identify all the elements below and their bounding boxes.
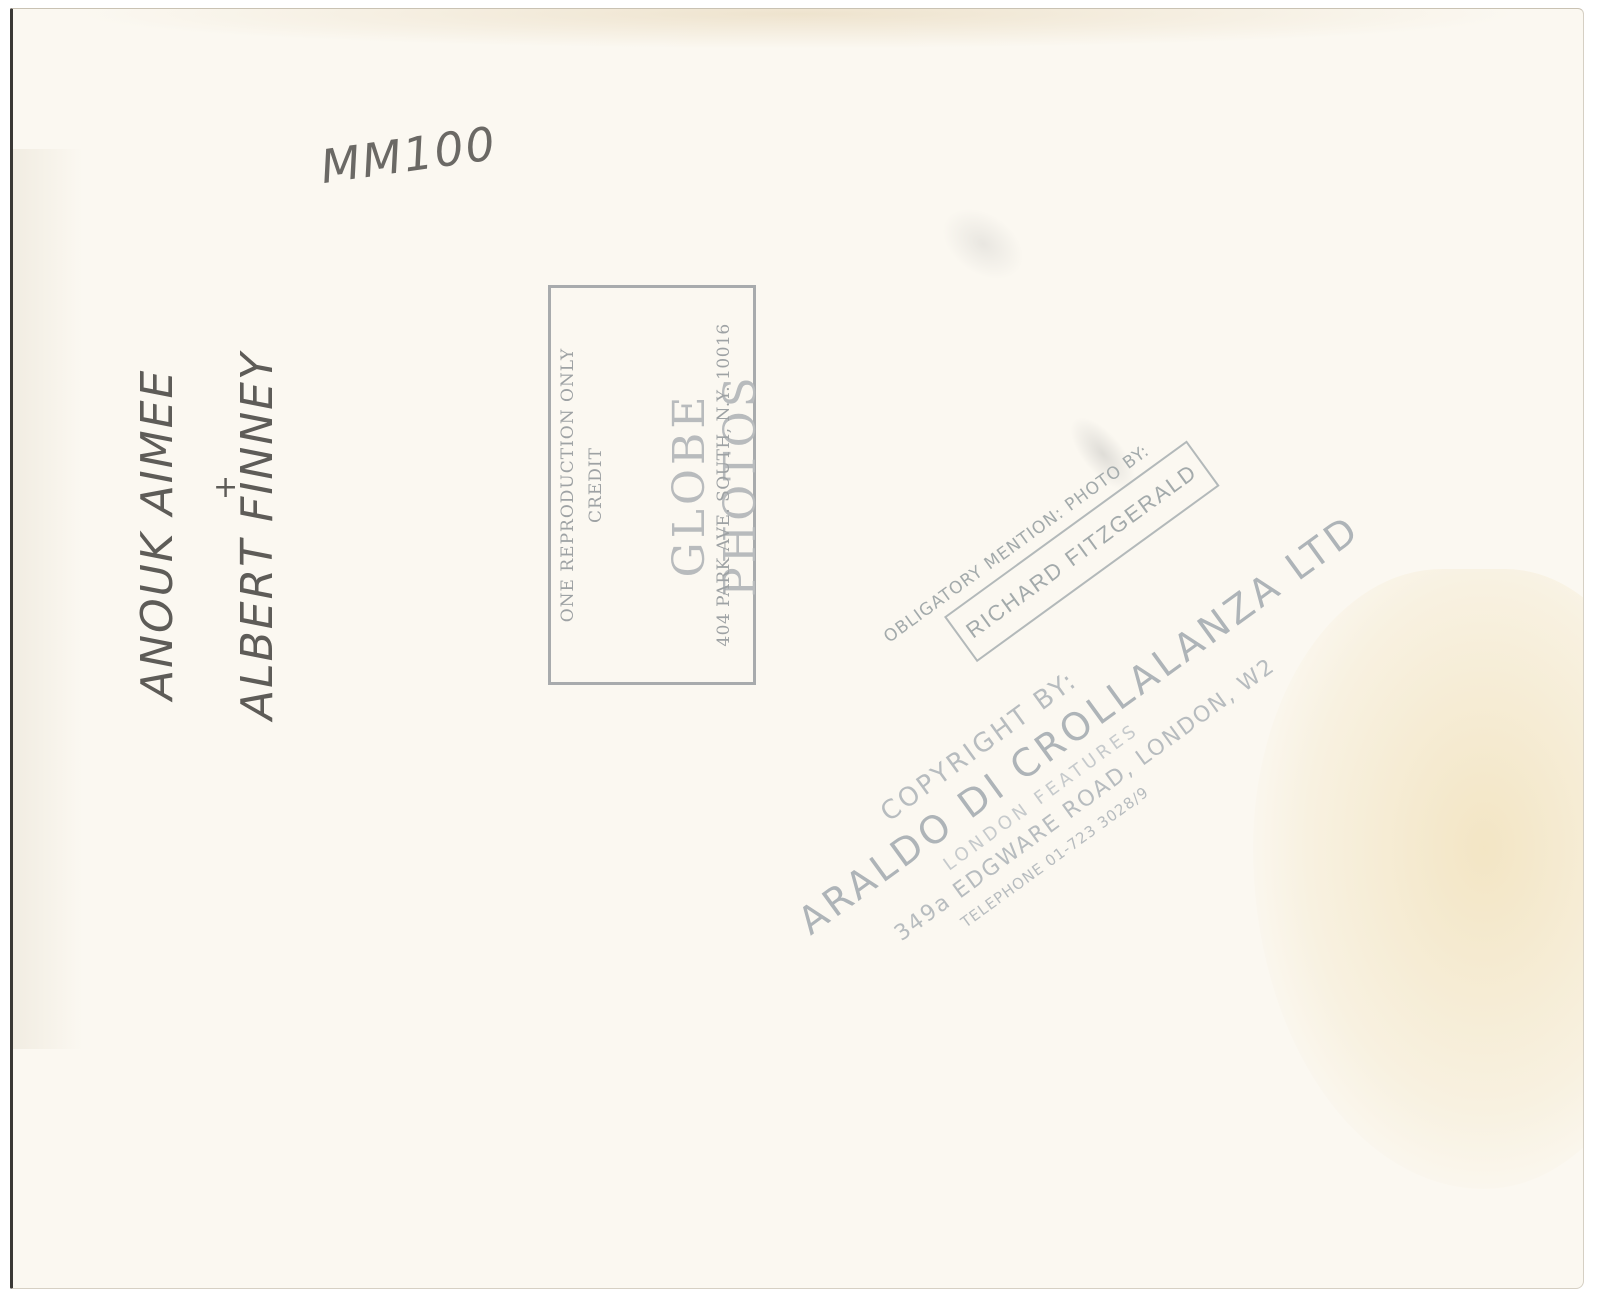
globe-photos-stamp: ONE REPRODUCTION ONLY CREDIT GLOBE PHOTO…: [548, 285, 756, 685]
agency-address: 404 PARK AVE. SOUTH, N.Y. 10016: [714, 290, 734, 680]
age-stain-left: [10, 149, 83, 1049]
reproduction-notice: ONE REPRODUCTION ONLY: [558, 290, 578, 680]
handwritten-name-2: ALBERT FINNEY: [232, 351, 283, 720]
credit-label: CREDIT: [586, 290, 606, 680]
age-stain-top: [73, 8, 1523, 49]
handwritten-name-1: ANOUK AIMEE: [132, 369, 183, 700]
